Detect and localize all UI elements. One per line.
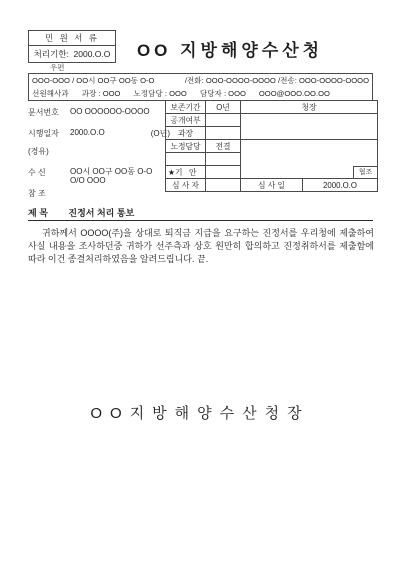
date-value: 2000.O.O	[70, 128, 105, 139]
contact-box: OOO-OOO / OO시 OO구 OO동 O-O /전화: OOO-OOOO-…	[28, 73, 373, 101]
draft-value-cell	[206, 166, 241, 179]
doc-number-value: OO OOOOOO-OOOO	[70, 107, 150, 118]
field-reference: 참 조	[28, 188, 166, 199]
exam-date-label-cell: 심 사 일	[241, 179, 303, 192]
contact-address: OOO-OOO / OO시 OO구 OO동 O-O	[32, 75, 154, 86]
section-chief-value-cell	[206, 127, 241, 140]
subject-label: 제 목	[28, 208, 48, 218]
cooperation-tag: 협조	[353, 166, 377, 178]
head-signature-area	[241, 114, 378, 140]
labor-value-cell: 전결	[206, 140, 241, 153]
document-fields: 문서번호 OO OOOOOO-OOOO 시행일자 2000.O.O (O년) (…	[28, 104, 166, 199]
signer-title: OO지방해양수산청장	[0, 402, 400, 423]
draft-label-cell: ★기 안	[166, 166, 206, 179]
recipient-value: OO시 OO구 OO동 O-O O/O OOO	[70, 167, 152, 185]
subject-row: 제 목 진정서 처리 통보	[28, 206, 134, 219]
approval-row-labor: 노정담당 전결 협조	[166, 140, 378, 153]
disclose-label-cell: 공개여부	[166, 114, 206, 127]
subject-value: 진정서 처리 통보	[68, 208, 134, 218]
approval-row-examiner: 심 사 자 심 사 일 2000.O.O	[166, 179, 378, 192]
contact-chief: 과장 : OOO	[82, 88, 121, 99]
contact-address-row: OOO-OOO / OO시 OO구 OO동 O-O /전화: OOO-OOOO-…	[29, 74, 372, 87]
field-doc-number: 문서번호 OO OOOOOO-OOOO	[28, 107, 166, 118]
empty-label-cell	[166, 153, 206, 166]
contact-email: OOO@OOO.OO.OO	[259, 89, 330, 98]
contact-staff: 담당자 : OOO	[200, 88, 246, 99]
recipient-line2: O/O OOO	[70, 176, 152, 185]
stamp-deadline: 처리기한: 2000.O.O	[29, 46, 115, 62]
doc-number-label: 문서번호	[28, 107, 70, 118]
field-recipient: 수 신 OO시 OO구 OO동 O-O O/O OOO	[28, 167, 166, 185]
labor-label-cell: 노정담당	[166, 140, 206, 153]
date-label: 시행일자	[28, 128, 70, 139]
preserve-value-cell: O년	[206, 101, 241, 114]
head-title-cell: 청장	[241, 101, 378, 114]
stamp-doc-type: 민 원 서 류	[29, 31, 115, 46]
contact-phone-fax: /전화: OOO-OOOO-OOOO /전송: OOO-OOOO-OOOO	[185, 75, 369, 86]
section-chief-label-cell: 과장	[166, 127, 206, 140]
approval-row-disclose: 공개여부	[166, 114, 378, 127]
mail-label: 우편	[50, 62, 65, 73]
via-label: (경유)	[28, 146, 49, 157]
contact-dept: 선원해사과	[32, 88, 69, 99]
empty-value-cell	[206, 153, 241, 166]
approval-table: 보존기간 O년 청장 공개여부 과장 노정담당 전결 협조	[165, 100, 378, 192]
civil-petition-stamp-box: 민 원 서 류 처리기한: 2000.O.O	[28, 30, 116, 63]
document-page: 민 원 서 류 처리기한: 2000.O.O 우편 OO 지방해양수산청 OOO…	[0, 0, 400, 566]
agency-title: OO 지방해양수산청	[110, 36, 350, 61]
field-via: (경유)	[28, 146, 166, 157]
disclose-value-cell	[206, 114, 241, 127]
examiner-value-cell	[206, 179, 241, 192]
recipient-label: 수 신	[28, 167, 70, 185]
reference-label: 참 조	[28, 188, 70, 199]
preserve-label-cell: 보존기간	[166, 101, 206, 114]
contact-staff-row: 선원해사과 과장 : OOO 노정담당 : OOO 담당자 : OOO OOO@…	[29, 87, 372, 100]
exam-date-value-cell: 2000.O.O	[303, 179, 378, 192]
approval-row-preserve: 보존기간 O년 청장	[166, 101, 378, 114]
field-date: 시행일자 2000.O.O (O년)	[28, 128, 166, 139]
contact-labor: 노정담당 : OOO	[133, 88, 186, 99]
draft-signature-area: 협조	[241, 140, 378, 179]
subject-divider	[28, 220, 373, 221]
examiner-label-cell: 심 사 자	[166, 179, 206, 192]
recipient-line1: OO시 OO구 OO동 O-O	[70, 167, 152, 176]
body-paragraph: 귀하께서 OOOO(주)을 상대로 퇴직금 지급을 요구하는 진정서를 우리청에…	[28, 227, 374, 266]
